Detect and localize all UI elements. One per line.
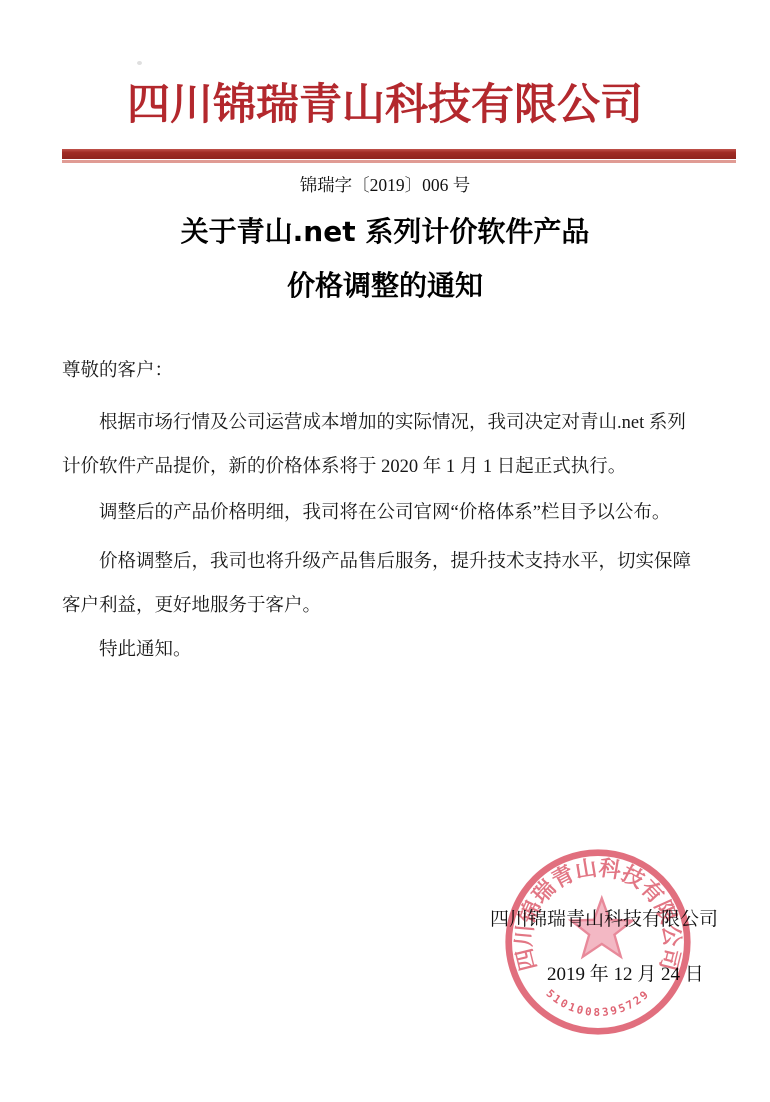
letterhead-divider-band [62,149,736,159]
salutation: 尊敬的客户： [62,357,732,385]
seal-serial-number: 5101008395729 [543,987,652,1019]
notice-title-line2: 价格调整的通知 [0,270,770,302]
seal-star-icon [571,898,632,956]
notice-title-line1: 关于青山.net 系列计价软件产品 [0,216,770,248]
letterhead-divider-thin-line [62,160,736,163]
body-paragraph2-line1: 调整后的产品价格明细，我司将在公司官网“价格体系”栏目予以公布。 [62,499,769,527]
body-paragraph1-line2: 计价软件产品提价，新的价格体系将于 2020 年 1 月 1 日起正式执行。 [62,453,732,481]
document-reference-number: 锦瑞字〔2019〕006 号 [0,172,770,197]
body-paragraph3-line2: 客户利益，更好地服务于客户。 [62,592,732,620]
body-closing-line: 特此通知。 [62,636,769,664]
body-paragraph1-line1: 根据市场行情及公司运营成本增加的实际情况，我司决定对青山.net 系列 [62,409,769,437]
body-paragraph3-line1: 价格调整后，我司也将升级产品售后服务，提升技术支持水平，切实保障 [62,548,769,576]
scan-artifact-dot [137,61,142,65]
company-letterhead-title: 四川锦瑞青山科技有限公司 [0,82,770,129]
company-round-seal: 四川锦瑞青山科技有限公司 5101008395729 [503,847,693,1037]
